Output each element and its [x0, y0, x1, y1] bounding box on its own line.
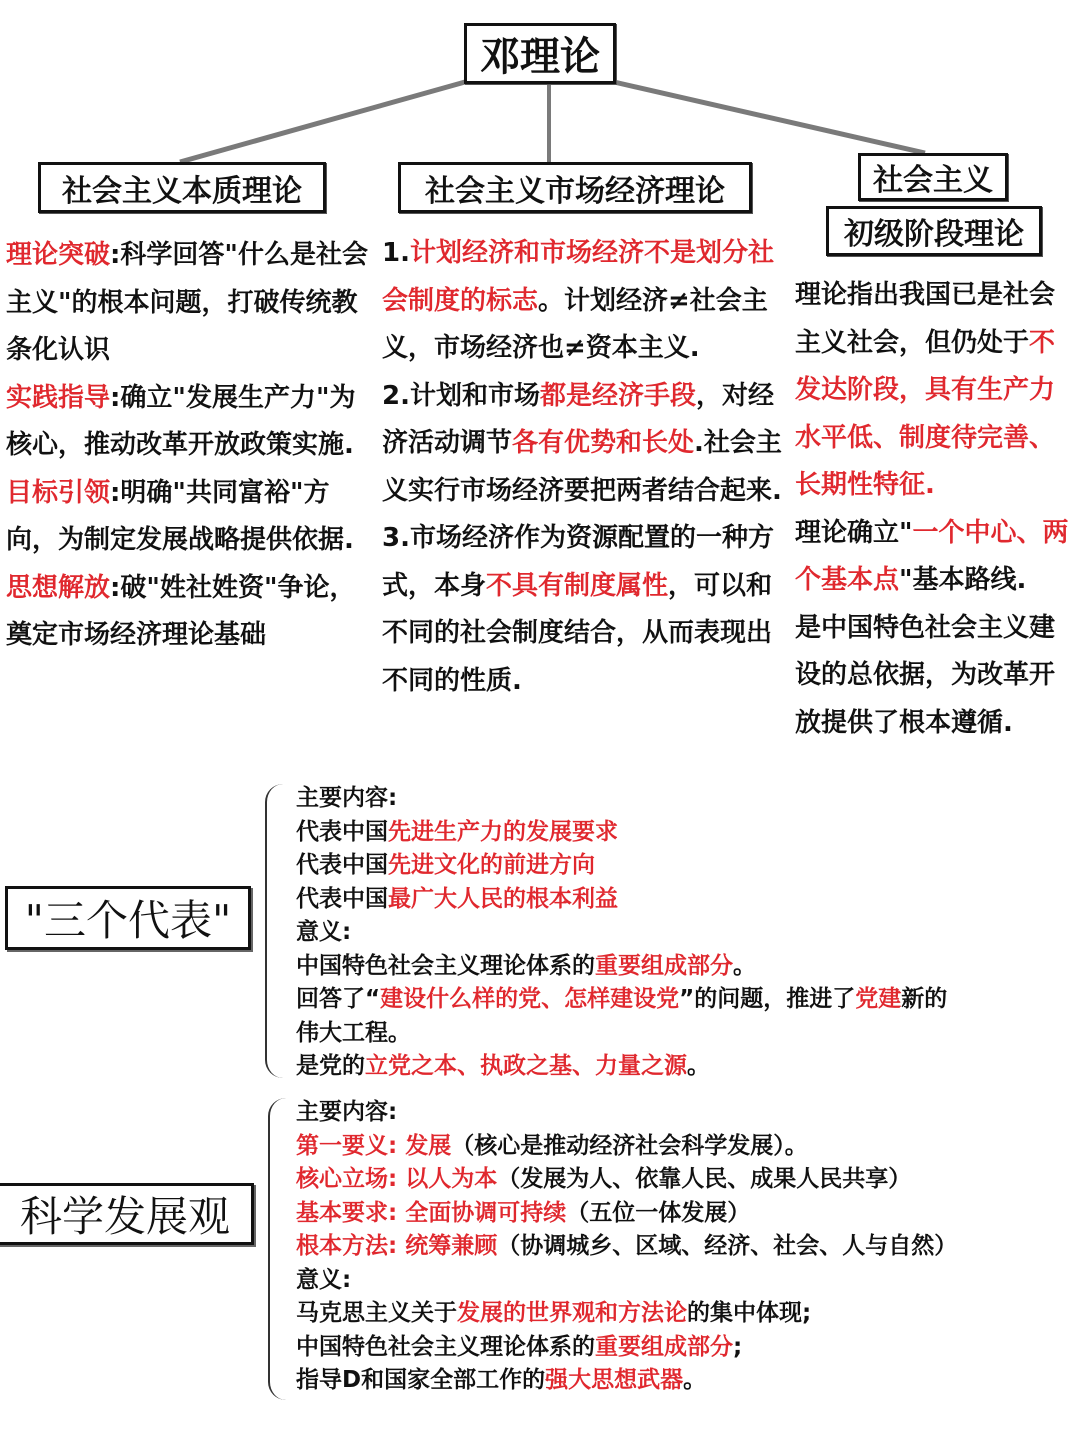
- essence-item: 思想解放:破"姓社姓资"争论，奠定市场经济理论基础: [6, 565, 376, 660]
- content-item: 代表中国最广大人民的根本利益: [296, 883, 947, 917]
- content-heading: 主要内容:: [296, 1096, 957, 1130]
- branch-title: 社会主义市场经济理论: [425, 166, 725, 210]
- content-heading: 主要内容:: [296, 782, 947, 816]
- text: （核心是推动经济社会科学发展）。: [451, 1133, 808, 1159]
- scientific-development-content: 主要内容: 第一要义: 发展（核心是推动经济社会科学发展）。 核心立场: 以人为…: [296, 1096, 957, 1398]
- highlight: 立党之本、执政之基、力量之源: [365, 1053, 687, 1079]
- item-prefix: 代表中国: [296, 886, 388, 912]
- stage-para-2: 理论确立"一个中心、两个基本点"基本路线.: [795, 510, 1079, 605]
- column-market-economy: 1.计划经济和市场经济不是划分社会制度的标志。计划经济≠社会主义，市场经济也≠资…: [382, 230, 786, 705]
- highlight: 基本要求: 全面协调可持续: [296, 1200, 566, 1226]
- root-title: 邓理论: [480, 25, 600, 82]
- para-text: 理论确立": [795, 518, 913, 548]
- branch-primary-stage-top: 社会主义: [858, 153, 1008, 201]
- meaning-heading: 意义:: [296, 1264, 957, 1298]
- branch-market-economy: 社会主义市场经济理论: [398, 162, 752, 213]
- highlight: 先进文化的前进方向: [388, 852, 595, 878]
- column-socialism-essence: 理论突破:科学回答"什么是社会主义"的根本问题，打破传统教条化认识 实践指导:确…: [6, 232, 376, 660]
- para-text: "基本路线.: [899, 565, 1026, 595]
- stage-para-1: 理论指出我国已是社会主义社会，但仍处于不发达阶段，具有生产力水平低、制度待完善、…: [795, 272, 1079, 510]
- text: （发展为人、依靠人民、成果人民共享）: [497, 1166, 911, 1192]
- item-label: 理论突破: [6, 240, 110, 270]
- scientific-development-brace: [268, 1098, 288, 1400]
- content-item: 代表中国先进文化的前进方向: [296, 849, 947, 883]
- branch-title: 社会主义: [873, 155, 993, 199]
- column-primary-stage: 理论指出我国已是社会主义社会，但仍处于不发达阶段，具有生产力水平低、制度待完善、…: [795, 272, 1079, 747]
- text: 。: [687, 1053, 710, 1079]
- text: 马克思主义关于: [296, 1300, 457, 1326]
- highlight: 党建: [855, 986, 901, 1012]
- highlight: 都是经济手段: [540, 381, 696, 411]
- content-item: 代表中国先进生产力的发展要求: [296, 816, 947, 850]
- highlight: 各有优势和长处: [512, 428, 694, 458]
- text: 指导D和国家全部工作的: [296, 1367, 545, 1393]
- highlight: 不具有制度属性: [486, 571, 668, 601]
- item-label: 目标引领: [6, 478, 110, 508]
- three-represents-content: 主要内容: 代表中国先进生产力的发展要求 代表中国先进文化的前进方向 代表中国最…: [296, 782, 947, 1084]
- scientific-development-title-box: 科学发展观: [0, 1183, 254, 1245]
- point-text: 2.计划和市场: [382, 381, 540, 411]
- highlight: 第一要义: 发展: [296, 1133, 451, 1159]
- essence-item: 实践指导:确立"发展生产力"为核心，推动改革开放政策实施.: [6, 375, 376, 470]
- highlight: 建设什么样的党、怎样建设党: [380, 986, 679, 1012]
- highlight: 重要组成部分: [595, 953, 733, 979]
- branch-title: 社会主义本质理论: [62, 166, 302, 210]
- text: 的集中体现;: [687, 1300, 811, 1326]
- content-item: 根本方法: 统筹兼顾（协调城乡、区域、经济、社会、人与自然）: [296, 1230, 957, 1264]
- content-item: 核心立场: 以人为本（发展为人、依靠人民、成果人民共享）: [296, 1163, 957, 1197]
- item-prefix: 代表中国: [296, 819, 388, 845]
- text: 中国特色社会主义理论体系的: [296, 1334, 595, 1360]
- text: ”的问题，推进了: [679, 986, 855, 1012]
- market-point-3: 3.市场经济作为资源配置的一种方式，本身不具有制度属性，可以和不同的社会制度结合…: [382, 515, 786, 705]
- section-title: 科学发展观: [20, 1184, 230, 1244]
- market-point-2: 2.计划和市场都是经济手段，对经济活动调节各有优势和长处.社会主义实行市场经济要…: [382, 373, 786, 516]
- text: 是党的: [296, 1053, 365, 1079]
- text: 中国特色社会主义理论体系的: [296, 953, 595, 979]
- text: （协调城乡、区域、经济、社会、人与自然）: [497, 1233, 957, 1259]
- highlight: 核心立场: 以人为本: [296, 1166, 497, 1192]
- meaning-heading: 意义:: [296, 916, 947, 950]
- branch-socialism-essence: 社会主义本质理论: [38, 162, 326, 213]
- item-label: 思想解放: [6, 573, 110, 603]
- meaning-item: 中国特色社会主义理论体系的重要组成部分;: [296, 1331, 957, 1365]
- item-label: 实践指导: [6, 383, 110, 413]
- highlight: 根本方法: 统筹兼顾: [296, 1233, 497, 1259]
- text: ;: [733, 1334, 742, 1360]
- meaning-item: 中国特色社会主义理论体系的重要组成部分。: [296, 950, 947, 984]
- highlight: 最广大人民的根本利益: [388, 886, 618, 912]
- meaning-item: 回答了“建设什么样的党、怎样建设党”的问题，推进了党建新的: [296, 983, 947, 1017]
- text: （五位一体发展）: [566, 1200, 750, 1226]
- text: 新的: [901, 986, 947, 1012]
- root-node: 邓理论: [464, 23, 616, 84]
- point-number: 1.: [382, 238, 410, 268]
- para-text: 理论指出我国已是社会主义社会，但仍处于: [795, 280, 1055, 358]
- highlight: 先进生产力的发展要求: [388, 819, 618, 845]
- content-item: 基本要求: 全面协调可持续（五位一体发展）: [296, 1197, 957, 1231]
- content-item: 第一要义: 发展（核心是推动经济社会科学发展）。: [296, 1130, 957, 1164]
- text: 。: [683, 1367, 706, 1393]
- meaning-item: 是党的立党之本、执政之基、力量之源。: [296, 1050, 947, 1084]
- meaning-item: 马克思主义关于发展的世界观和方法论的集中体现;: [296, 1297, 957, 1331]
- three-represents-title-box: "三个代表": [5, 886, 251, 950]
- item-prefix: 代表中国: [296, 852, 388, 878]
- meaning-item-cont: 伟大工程。: [296, 1017, 947, 1051]
- highlight: 发展的世界观和方法论: [457, 1300, 687, 1326]
- text: 。: [733, 953, 756, 979]
- highlight: 重要组成部分: [595, 1334, 733, 1360]
- highlight: 强大思想武器: [545, 1367, 683, 1393]
- market-point-1: 1.计划经济和市场经济不是划分社会制度的标志。计划经济≠社会主义，市场经济也≠资…: [382, 230, 786, 373]
- branch-title: 初级阶段理论: [844, 209, 1024, 253]
- three-represents-brace: [265, 784, 285, 1078]
- branch-primary-stage-bottom: 初级阶段理论: [826, 206, 1042, 256]
- meaning-item: 指导D和国家全部工作的强大思想武器。: [296, 1364, 957, 1398]
- stage-para-3: 是中国特色社会主义建设的总依据，为改革开放提供了根本遵循.: [795, 605, 1079, 748]
- text: 回答了“: [296, 986, 380, 1012]
- essence-item: 目标引领:明确"共同富裕"方向，为制定发展战略提供依据.: [6, 470, 376, 565]
- section-title: "三个代表": [25, 888, 232, 948]
- essence-item: 理论突破:科学回答"什么是社会主义"的根本问题，打破传统教条化认识: [6, 232, 376, 375]
